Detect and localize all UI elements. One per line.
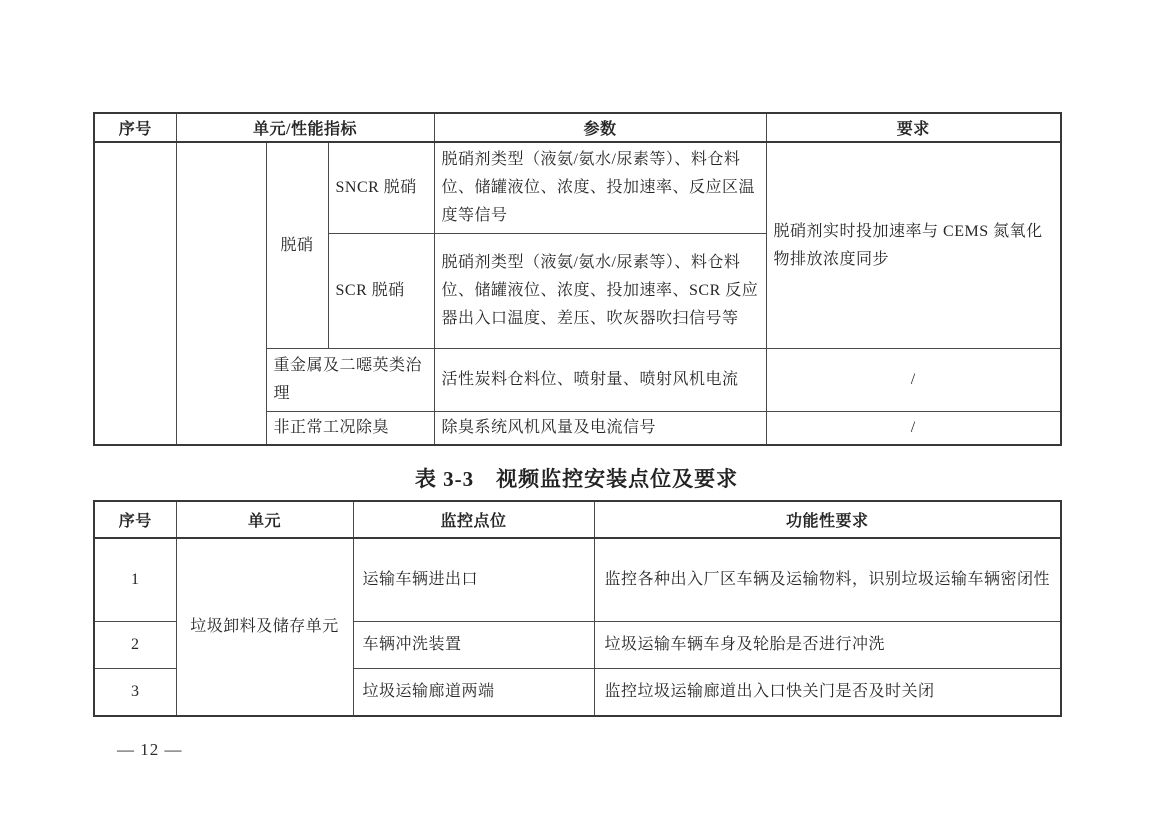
t1-abnormal-requirement-cell: / — [766, 412, 1061, 446]
t1-header-row: 序号 单元/性能指标 参数 要求 — [94, 113, 1061, 142]
t1-heavy-metal-label-cell: 重金属及二噁英类治理 — [266, 349, 434, 412]
t2-row3-requirement-cell: 监控垃圾运输廊道出入口快关门是否及时关闭 — [594, 668, 1061, 716]
table2-title: 表 3-3 视频监控安装点位及要求 — [93, 463, 1060, 493]
t1-denox-requirement-cell: 脱硝剂实时投加速率与 CEMS 氮氧化物排放浓度同步 — [766, 142, 1061, 349]
t2-header-seq: 序号 — [94, 501, 176, 538]
t1-seq-empty-cell — [94, 142, 176, 445]
t2-row2-requirement-cell: 垃圾运输车辆车身及轮胎是否进行冲洗 — [594, 621, 1061, 668]
t2-unit-group-cell: 垃圾卸料及储存单元 — [176, 538, 353, 716]
t2-header-unit: 单元 — [176, 501, 353, 538]
t1-scr-label-cell: SCR 脱硝 — [328, 234, 434, 349]
t2-header-requirement: 功能性要求 — [594, 501, 1061, 538]
t1-header-seq: 序号 — [94, 113, 176, 142]
t1-heavy-metal-requirement-cell: / — [766, 349, 1061, 412]
t1-sncr-params-cell: 脱硝剂类型（液氨/氨水/尿素等）、料仓料位、储罐液位、浓度、投加速率、反应区温度… — [434, 142, 766, 234]
document-page: 序号 单元/性能指标 参数 要求 脱硝 SNCR 脱硝 脱硝剂类型（液氨/氨水/… — [0, 0, 1169, 826]
t1-unit-empty-cell — [176, 142, 266, 445]
t1-heavy-metal-params-cell: 活性炭料仓料位、喷射量、喷射风机电流 — [434, 349, 766, 412]
monitoring-parameters-table: 序号 单元/性能指标 参数 要求 脱硝 SNCR 脱硝 脱硝剂类型（液氨/氨水/… — [93, 112, 1062, 446]
t1-sncr-label-cell: SNCR 脱硝 — [328, 142, 434, 234]
t1-row-sncr: 脱硝 SNCR 脱硝 脱硝剂类型（液氨/氨水/尿素等）、料仓料位、储罐液位、浓度… — [94, 142, 1061, 234]
t2-header-row: 序号 单元 监控点位 功能性要求 — [94, 501, 1061, 538]
page-number: — 12 — — [117, 740, 183, 760]
t1-denox-group-cell: 脱硝 — [266, 142, 328, 349]
video-surveillance-table: 序号 单元 监控点位 功能性要求 1 垃圾卸料及储存单元 运输车辆进出口 监控各… — [93, 500, 1062, 717]
t1-abnormal-params-cell: 除臭系统风机风量及电流信号 — [434, 412, 766, 446]
t2-row2-point-cell: 车辆冲洗装置 — [353, 621, 594, 668]
t1-header-requirement: 要求 — [766, 113, 1061, 142]
t2-row-1: 1 垃圾卸料及储存单元 运输车辆进出口 监控各种出入厂区车辆及运输物料，识别垃圾… — [94, 538, 1061, 621]
t1-header-params: 参数 — [434, 113, 766, 142]
t1-abnormal-label-cell: 非正常工况除臭 — [266, 412, 434, 446]
t1-scr-params-cell: 脱硝剂类型（液氨/氨水/尿素等）、料仓料位、储罐液位、浓度、投加速率、SCR 反… — [434, 234, 766, 349]
t2-row3-point-cell: 垃圾运输廊道两端 — [353, 668, 594, 716]
t2-header-point: 监控点位 — [353, 501, 594, 538]
t2-row3-seq-cell: 3 — [94, 668, 176, 716]
t1-header-unit: 单元/性能指标 — [176, 113, 434, 142]
t2-row1-seq-cell: 1 — [94, 538, 176, 621]
t2-row2-seq-cell: 2 — [94, 621, 176, 668]
t2-row1-requirement-cell: 监控各种出入厂区车辆及运输物料，识别垃圾运输车辆密闭性 — [594, 538, 1061, 621]
t2-row1-point-cell: 运输车辆进出口 — [353, 538, 594, 621]
